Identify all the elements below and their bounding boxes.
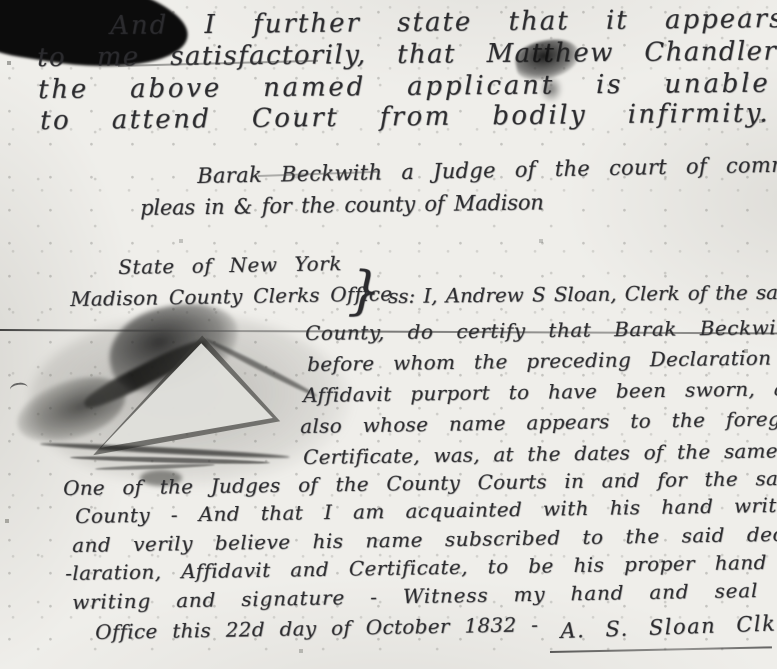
hw-line: Affidavit purport to have been sworn, an… xyxy=(303,377,777,407)
clerk-signature: A. S. Sloan Clk xyxy=(560,611,777,643)
venue-brace: } xyxy=(347,262,382,323)
hw-line: also whose name appears to the foregoing xyxy=(300,407,777,438)
signature-underline xyxy=(550,646,772,653)
hw-line: to attend Court from bodily infirmity. xyxy=(40,99,770,137)
hw-line-date: Office this 22d day of October 1832 - xyxy=(95,613,538,644)
hw-line: Barak Beckwith a Judge of the court of c… xyxy=(197,152,777,188)
hw-line-office: Madison County Clerks Office xyxy=(70,282,392,311)
hw-line: Certificate, was, at the dates of the sa… xyxy=(303,439,777,469)
hw-line: to me satisfactorily, that Matthew Chand… xyxy=(37,38,777,74)
hw-line: pleas in & for the county of Madison xyxy=(140,190,544,220)
hw-line: And I further state that it appears xyxy=(110,5,777,42)
caret-mark xyxy=(9,382,28,396)
hw-line: before whom the preceding Declaration an… xyxy=(307,346,777,376)
ink-blot-tail xyxy=(540,76,562,102)
hw-line: writing and signature - Witness my hand … xyxy=(72,578,777,614)
hw-line-state: State of New York xyxy=(118,252,342,279)
hw-line-ss: ss: I, Andrew S Sloan, Clerk of the said xyxy=(388,281,777,308)
paper-specks xyxy=(0,0,2,2)
document-scan: And I further state that it appears to m… xyxy=(0,0,777,669)
